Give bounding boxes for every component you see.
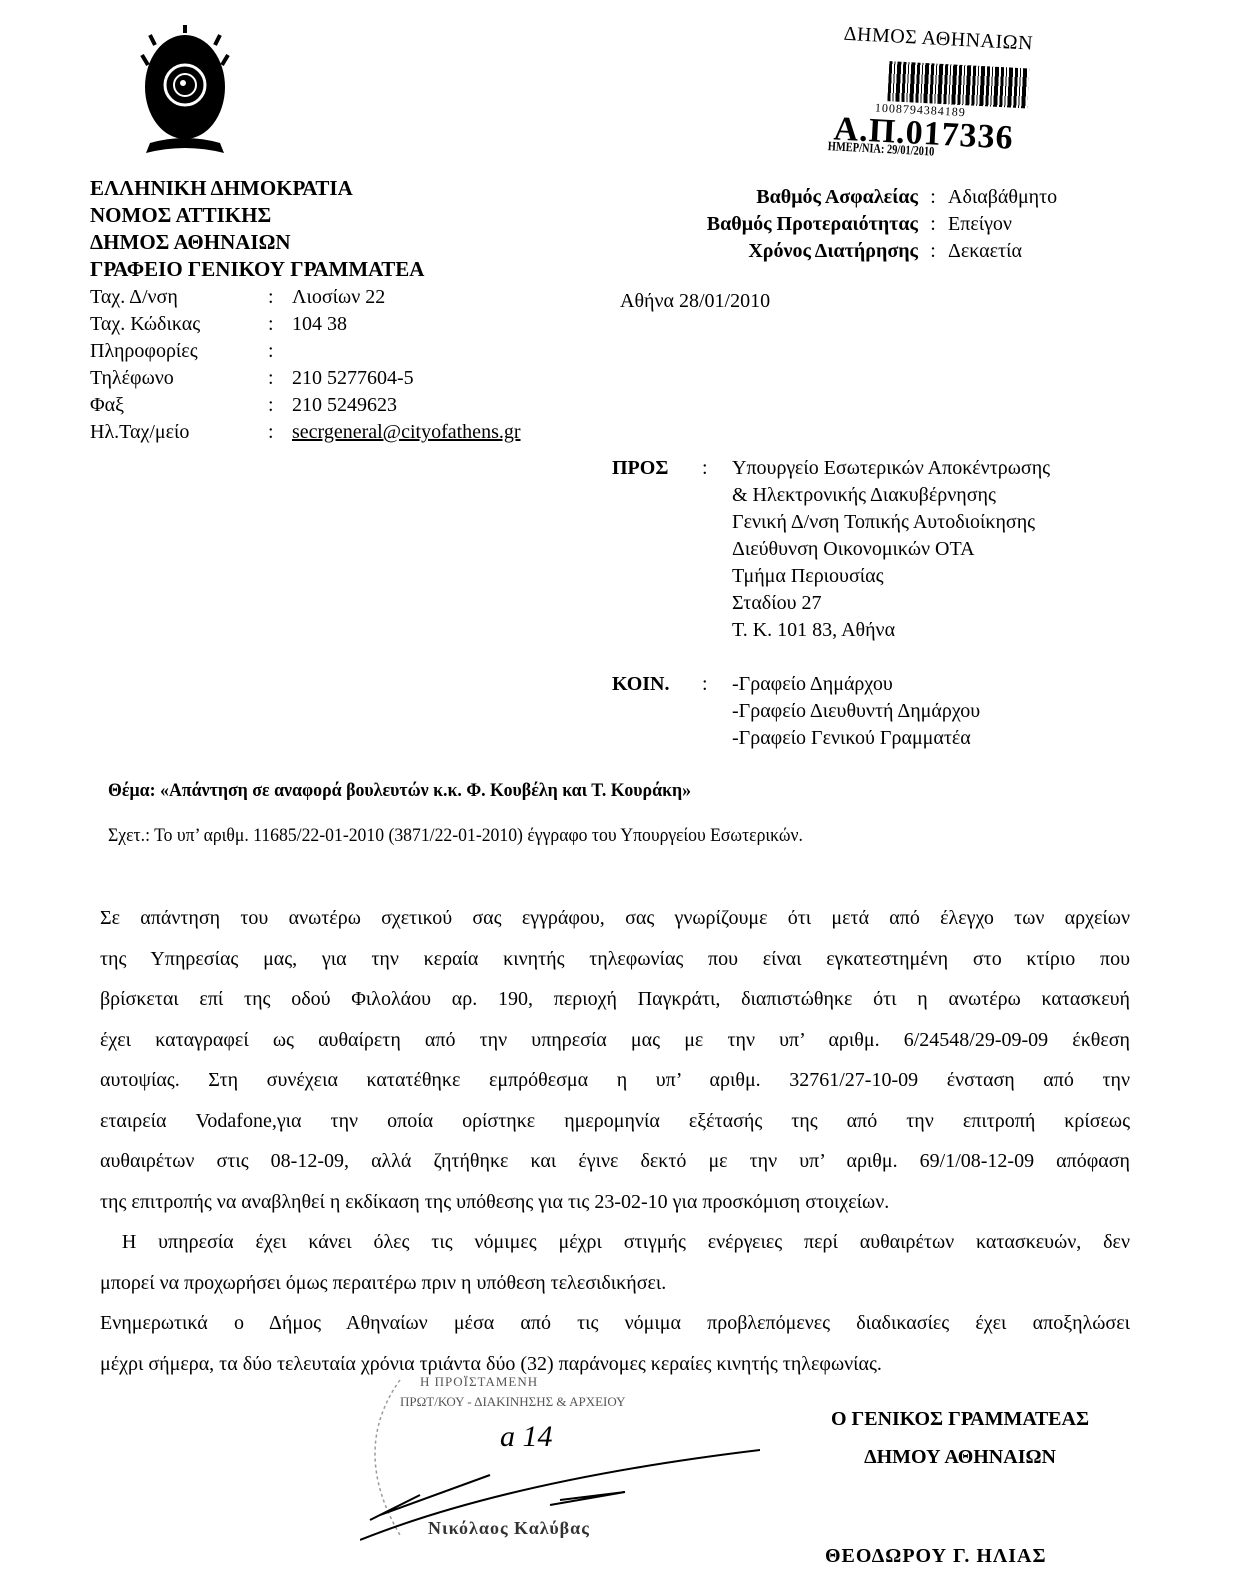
body-paragraph-1: Σε απάντηση του ανωτέρω σχετικού σας εγγ… bbox=[100, 898, 1130, 1222]
classification-block: Βαθμός Ασφαλείας:Αδιαβάθμητο Βαθμός Προτ… bbox=[600, 184, 1057, 265]
classification-value: Επείγον bbox=[948, 211, 1012, 238]
seal-line-1: Η ΠΡΟΪΣΤΑΜΕΝΗ bbox=[420, 1374, 538, 1390]
cc-line: -Γραφείο Γενικού Γραμματέα bbox=[732, 725, 980, 752]
protocol-stamp: ΔΗΜΟΣ ΑΘΗΝΑΙΩΝ 1008794384189 Α.Π.017336 … bbox=[822, 10, 1070, 172]
issuer-header: ΕΛΛΗΝΙΚΗ ΔΗΜΟΚΡΑΤΙΑ ΝΟΜΟΣ ΑΤΤΙΚΗΣ ΔΗΜΟΣ … bbox=[90, 175, 424, 283]
contact-row-postcode: Ταχ. Κώδικας:104 38 bbox=[90, 311, 521, 338]
contact-label: Ταχ. Δ/νση bbox=[90, 284, 268, 311]
body-line: βρίσκεται επί της οδού Φιλολάου αρ. 190,… bbox=[100, 979, 1130, 1020]
signatory-organization: ΔΗΜΟΥ ΑΘΗΝΑΙΩΝ bbox=[780, 1438, 1140, 1476]
classification-row: Βαθμός Ασφαλείας:Αδιαβάθμητο bbox=[600, 184, 1057, 211]
contact-row-fax: Φαξ:210 5249623 bbox=[90, 392, 521, 419]
email-link[interactable]: secrgeneral@cityofathens.gr bbox=[292, 419, 521, 446]
stamp-title: ΔΗΜΟΣ ΑΘΗΝΑΙΩΝ bbox=[843, 23, 1033, 56]
classification-label: Χρόνος Διατήρησης bbox=[600, 238, 918, 265]
contact-row-info: Πληροφορίες: bbox=[90, 338, 521, 365]
to-line: Γενική Δ/νση Τοπικής Αυτοδιοίκησης bbox=[732, 509, 1050, 536]
classification-row: Βαθμός Προτεραιότητας:Επείγον bbox=[600, 211, 1057, 238]
contact-details: Ταχ. Δ/νση:Λιοσίων 22 Ταχ. Κώδικας:104 3… bbox=[90, 284, 521, 446]
contact-row-email: Ηλ.Ταχ/μείο:secrgeneral@cityofathens.gr bbox=[90, 419, 521, 446]
cc-row: ΚΟΙΝ. : -Γραφείο Δημάρχου -Γραφείο Διευθ… bbox=[612, 671, 1050, 752]
to-lines: Υπουργείο Εσωτερικών Αποκέντρωσης & Ηλεκ… bbox=[732, 455, 1050, 644]
header-line: ΓΡΑΦΕΙΟ ΓΕΝΙΚΟΥ ΓΡΑΜΜΑΤΕΑ bbox=[90, 256, 424, 283]
contact-label: Πληροφορίες bbox=[90, 338, 268, 365]
classification-value: Δεκαετία bbox=[948, 238, 1022, 265]
to-line: Υπουργείο Εσωτερικών Αποκέντρωσης bbox=[732, 455, 1050, 482]
contact-value: 104 38 bbox=[292, 311, 347, 338]
body-paragraph-2: Η υπηρεσία έχει κάνει όλες τις νόμιμες μ… bbox=[100, 1222, 1130, 1303]
contact-label: Τηλέφωνο bbox=[90, 365, 268, 392]
classification-value: Αδιαβάθμητο bbox=[948, 184, 1057, 211]
to-line: Τ. Κ. 101 83, Αθήνα bbox=[732, 617, 1050, 644]
contact-label: Ταχ. Κώδικας bbox=[90, 311, 268, 338]
header-line: ΔΗΜΟΣ ΑΘΗΝΑΙΩΝ bbox=[90, 229, 424, 256]
contact-row-address: Ταχ. Δ/νση:Λιοσίων 22 bbox=[90, 284, 521, 311]
contact-value: Λιοσίων 22 bbox=[292, 284, 385, 311]
recipients-block: ΠΡΟΣ : Υπουργείο Εσωτερικών Αποκέντρωσης… bbox=[612, 455, 1050, 752]
to-row: ΠΡΟΣ : Υπουργείο Εσωτερικών Αποκέντρωσης… bbox=[612, 455, 1050, 644]
letter-body: Σε απάντηση του ανωτέρω σχετικού σας εγγ… bbox=[100, 898, 1130, 1384]
contact-label: Φαξ bbox=[90, 392, 268, 419]
cc-line: -Γραφείο Δημάρχου bbox=[732, 671, 980, 698]
signature-block: Ο ΓΕΝΙΚΟΣ ΓΡΑΜΜΑΤΕΑΣ ΔΗΜΟΥ ΑΘΗΝΑΙΩΝ bbox=[780, 1400, 1140, 1476]
body-line: της Υπηρεσίας μας, για την κεραία κινητή… bbox=[100, 939, 1130, 980]
reference-line: Σχετ.: Το υπ’ αριθμ. 11685/22-01-2010 (3… bbox=[108, 825, 803, 847]
body-line: Σε απάντηση του ανωτέρω σχετικού σας εγγ… bbox=[100, 898, 1130, 939]
seal-printed-name: Νικόλαος Καλύβας bbox=[428, 1518, 590, 1539]
contact-value: 210 5249623 bbox=[292, 392, 397, 419]
body-line: μπορεί να προχωρήσει όμως περαιτέρω πριν… bbox=[100, 1263, 1130, 1304]
body-line: Ενημερωτικά ο Δήμος Αθηναίων μέσα από τι… bbox=[100, 1303, 1130, 1344]
body-line: αυθαιρέτων στις 08-12-09, αλλά ζητήθηκε … bbox=[100, 1141, 1130, 1182]
body-line: έχει καταγραφεί ως αυθαίρετη από την υπη… bbox=[100, 1020, 1130, 1061]
classification-label: Βαθμός Ασφαλείας bbox=[600, 184, 918, 211]
header-line: ΝΟΜΟΣ ΑΤΤΙΚΗΣ bbox=[90, 202, 424, 229]
signatory-name: ΘΕΟΔΩΡΟΥ Γ. ΗΛΙΑΣ bbox=[825, 1545, 1047, 1568]
to-line: Διεύθυνση Οικονομικών ΟΤΑ bbox=[732, 536, 1050, 563]
seal-line-2: ΠΡΩΤ/ΚΟΥ - ΔΙΑΚΙΝΗΣΗΣ & ΑΡΧΕΙΟΥ bbox=[400, 1394, 625, 1410]
body-line: αυτοψίας. Στη συνέχεια κατατέθηκε εμπρόθ… bbox=[100, 1060, 1130, 1101]
body-line: της επιτροπής να αναβληθεί η εκδίκαση τη… bbox=[100, 1182, 1130, 1223]
contact-label: Ηλ.Ταχ/μείο bbox=[90, 419, 268, 446]
classification-row: Χρόνος Διατήρησης:Δεκαετία bbox=[600, 238, 1057, 265]
cc-label: ΚΟΙΝ. bbox=[612, 671, 702, 752]
to-line: Τμήμα Περιουσίας bbox=[732, 563, 1050, 590]
to-line: Σταδίου 27 bbox=[732, 590, 1050, 617]
cc-line: -Γραφείο Διευθυντή Δημάρχου bbox=[732, 698, 980, 725]
document-date: Αθήνα 28/01/2010 bbox=[620, 290, 770, 313]
body-line: Η υπηρεσία έχει κάνει όλες τις νόμιμες μ… bbox=[100, 1222, 1130, 1263]
to-line: & Ηλεκτρονικής Διακυβέρνησης bbox=[732, 482, 1050, 509]
header-line: ΕΛΛΗΝΙΚΗ ΔΗΜΟΚΡΑΤΙΑ bbox=[90, 175, 424, 202]
to-label: ΠΡΟΣ bbox=[612, 455, 702, 644]
signatory-title: Ο ΓΕΝΙΚΟΣ ΓΡΑΜΜΑΤΕΑΣ bbox=[780, 1400, 1140, 1438]
municipal-emblem-icon bbox=[140, 25, 230, 165]
classification-label: Βαθμός Προτεραιότητας bbox=[600, 211, 918, 238]
cc-lines: -Γραφείο Δημάρχου -Γραφείο Διευθυντή Δημ… bbox=[732, 671, 980, 752]
contact-value: 210 5277604-5 bbox=[292, 365, 414, 392]
body-line: εταιρεία Vodafone,για την οποία ορίστηκε… bbox=[100, 1101, 1130, 1142]
contact-row-phone: Τηλέφωνο:210 5277604-5 bbox=[90, 365, 521, 392]
subject-line: Θέμα: «Απάντηση σε αναφορά βουλευτών κ.κ… bbox=[108, 780, 691, 802]
